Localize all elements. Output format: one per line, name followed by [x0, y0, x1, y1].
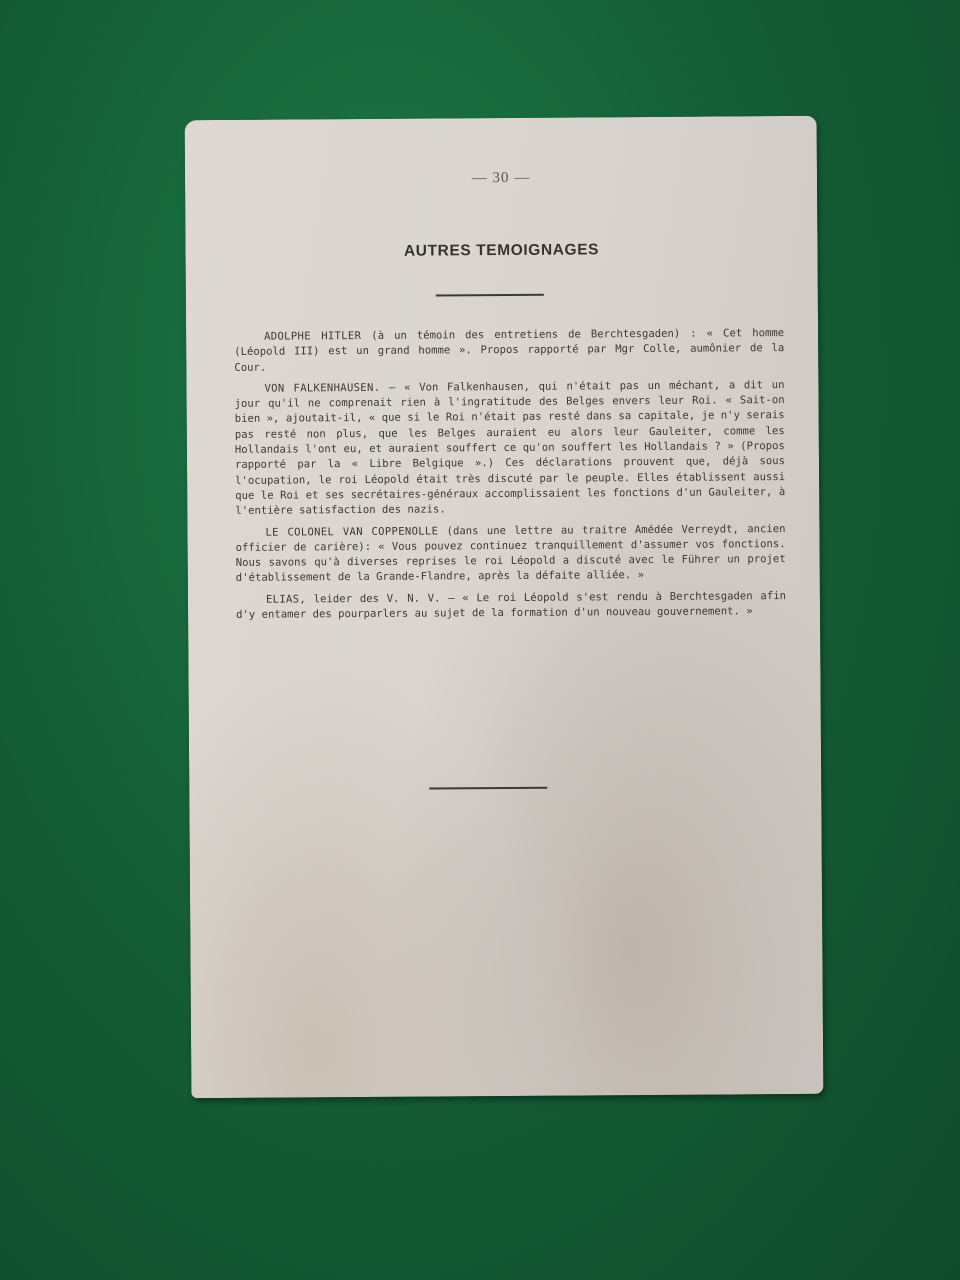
testimony-paragraph: LE COLONEL VAN COPPENOLLE (dans une lett…: [235, 522, 785, 587]
body-text: ADOLPHE HITLER (à un témoin des entretie…: [234, 326, 786, 629]
speaker-name: LE COLONEL VAN COPPENOLLE: [265, 525, 438, 538]
testimony-paragraph: VON FALKENHAUSEN. — « Von Falkenhausen, …: [234, 378, 785, 520]
booklet-page: — 30 — AUTRES TEMOIGNAGES ADOLPHE HITLER…: [185, 116, 824, 1098]
speaker-name: ADOLPHE HITLER: [264, 330, 361, 343]
heading-divider: [436, 294, 544, 296]
end-divider: [429, 787, 547, 790]
speaker-name: ELIAS,: [266, 593, 306, 605]
testimony-text: leider des V. N. V. — « Le roi Léopold s…: [236, 590, 786, 621]
testimony-paragraph: ELIAS, leider des V. N. V. — « Le roi Lé…: [236, 589, 786, 623]
speaker-name: VON FALKENHAUSEN.: [264, 382, 380, 395]
section-heading: AUTRES TEMOIGNAGES: [185, 240, 817, 262]
testimony-paragraph: ADOLPHE HITLER (à un témoin des entretie…: [234, 326, 784, 376]
testimony-text: — « Von Falkenhausen, qui n'était pas un…: [235, 379, 786, 517]
page-number: — 30 —: [185, 168, 817, 189]
